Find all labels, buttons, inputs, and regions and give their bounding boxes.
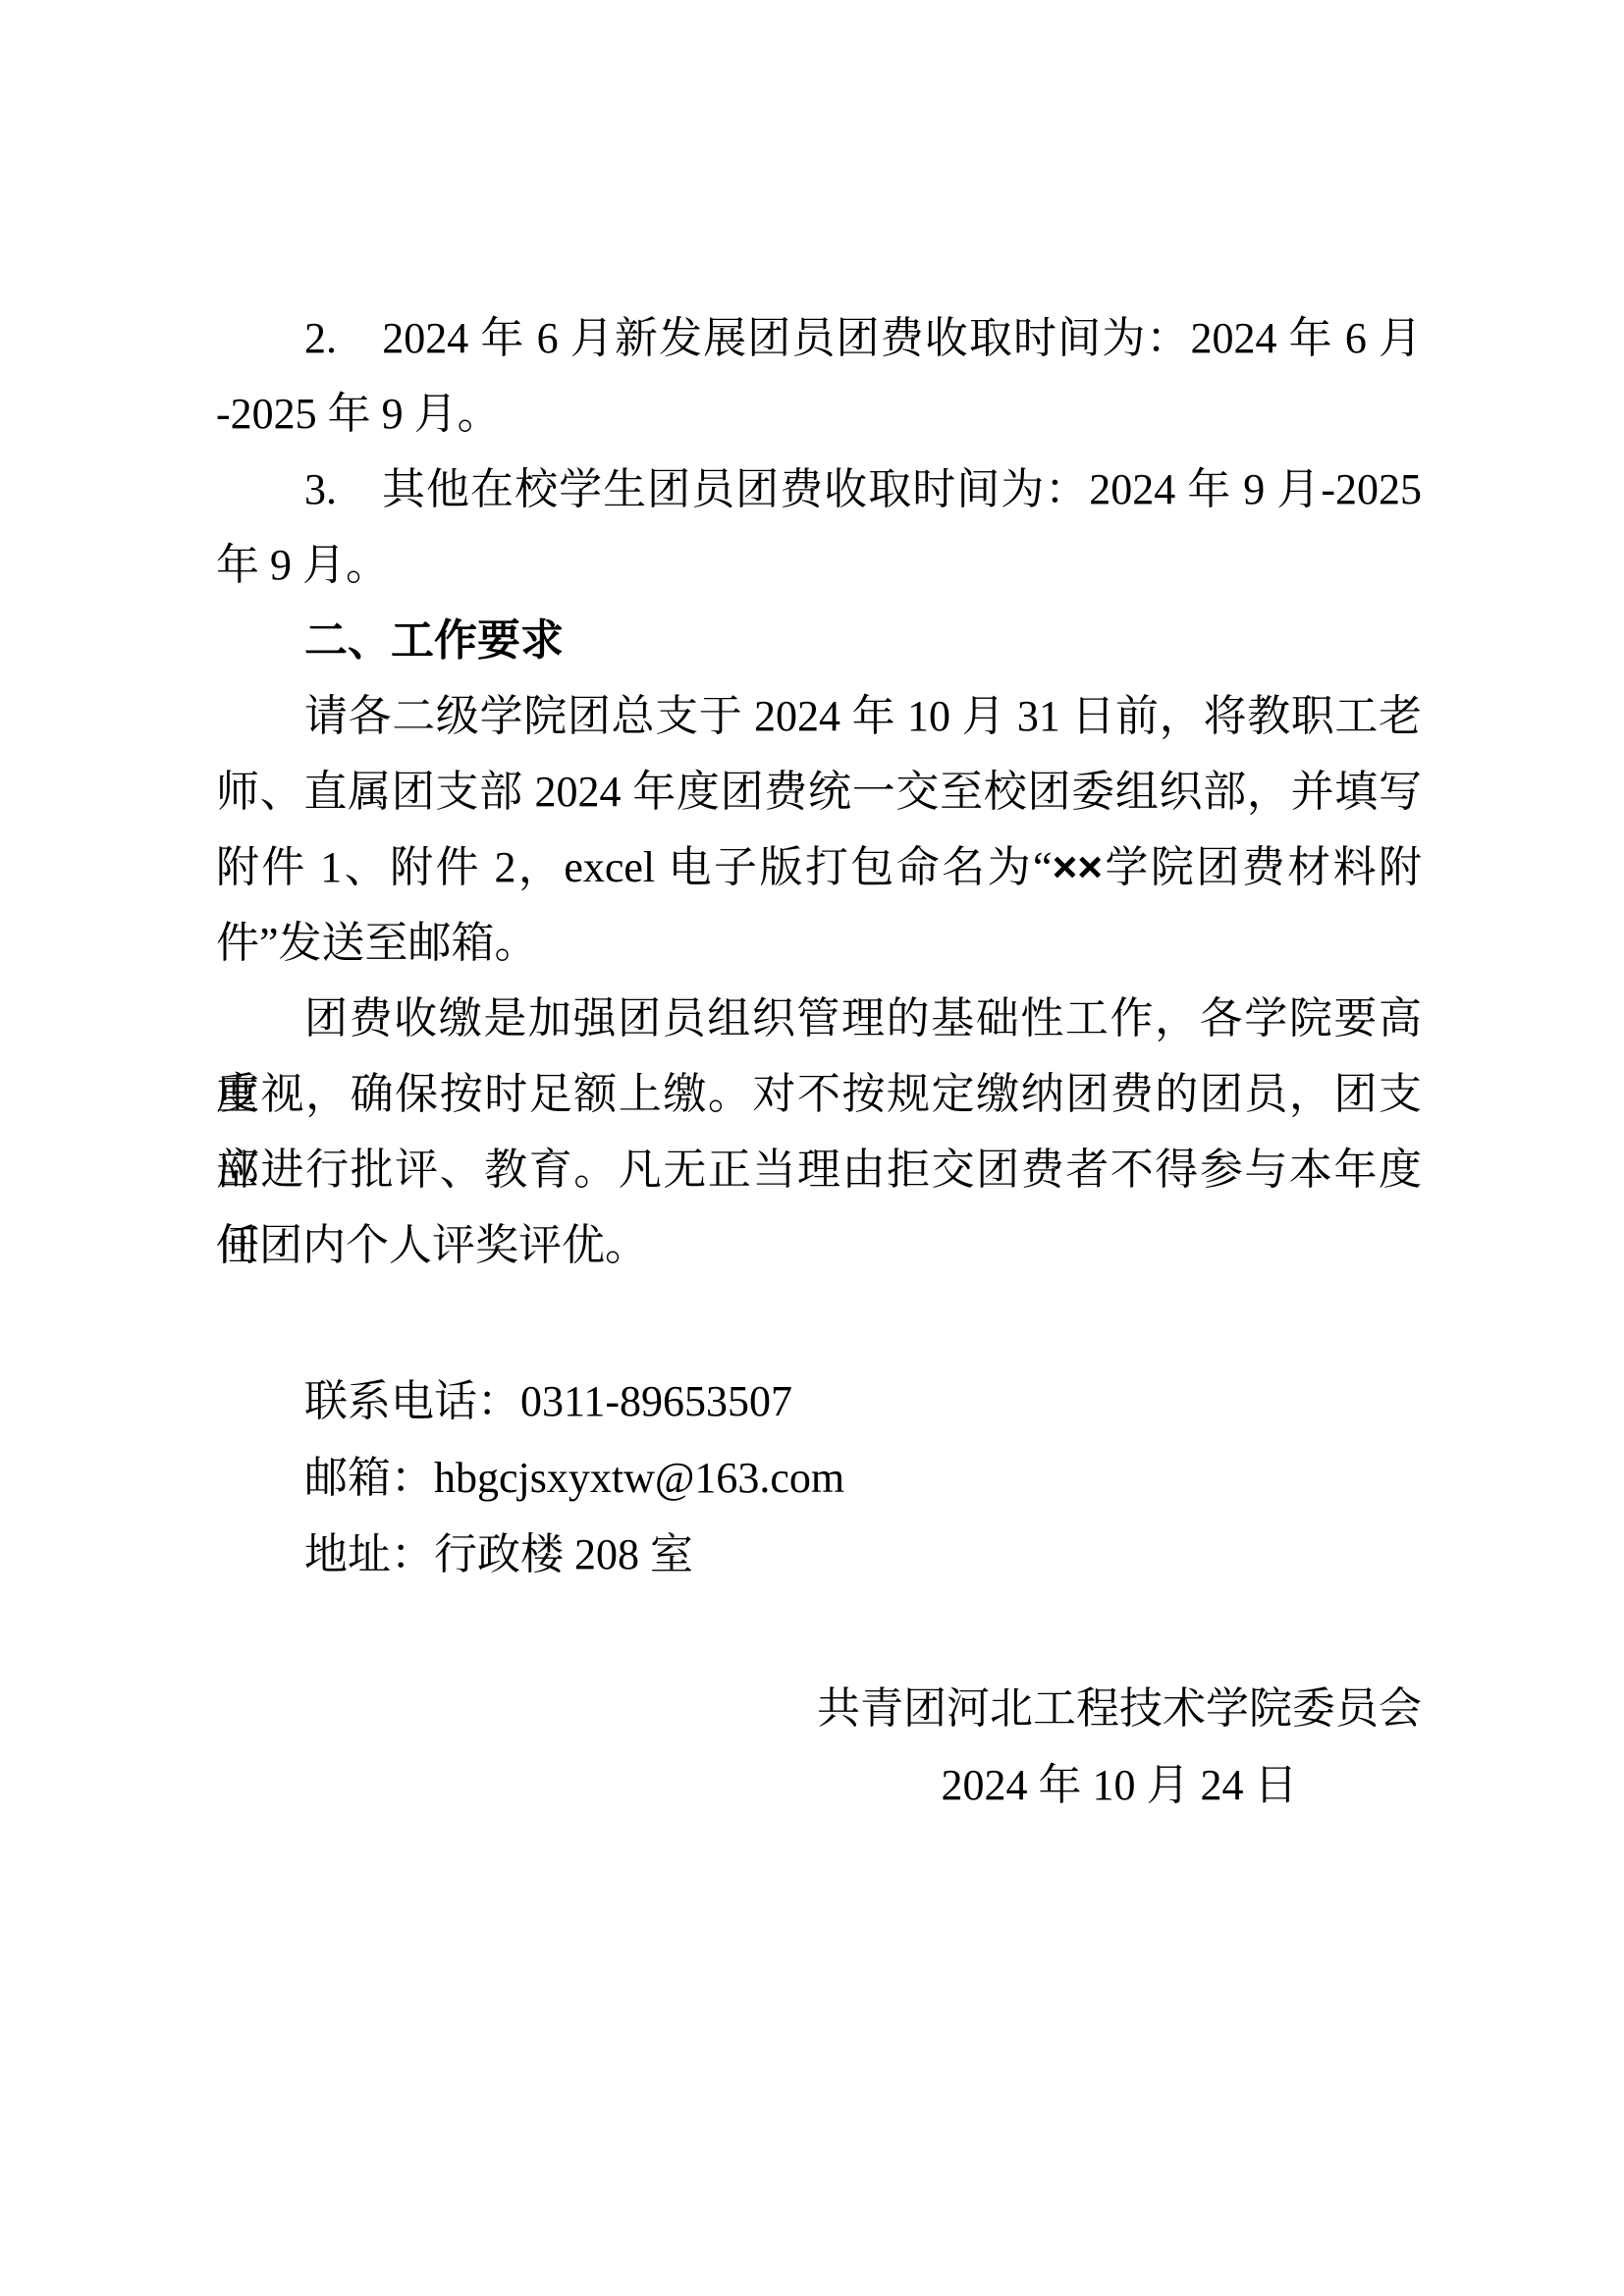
- placeholder-xx: ××: [1053, 843, 1103, 891]
- contact-info: 联系电话：0311-89653507 邮箱：hbgcjsxyxtw@163.co…: [216, 1363, 1422, 1593]
- body-paragraph-requirements-line-1: 请各二级学院团总支于 2024 年 10 月 31 日前，将教职工老: [216, 678, 1422, 754]
- body-paragraph-importance-line-1: 团费收缴是加强团员组织管理的基础性工作，各学院要高度: [216, 981, 1422, 1056]
- signature-date: 2024 年 10 月 24 日: [817, 1747, 1422, 1824]
- signature-block: 共青团河北工程技术学院委员会 2024 年 10 月 24 日: [817, 1671, 1422, 1824]
- body-line-item-3: 3. 其他在校学生团员团费收取时间为：2024 年 9 月-2025: [216, 452, 1422, 527]
- body-paragraph-importance-line-2: 重视，确保按时足额上缴。对不按规定缴纳团费的团员，团支部: [216, 1056, 1422, 1132]
- body-paragraph-importance-line-4: 何团内个人评奖评优。: [216, 1207, 1422, 1283]
- body-paragraph-requirements-line-4: 件”发送至邮箱。: [216, 905, 1422, 981]
- body-paragraph-requirements-line-2: 师、直属团支部 2024 年度团费统一交至校团委组织部，并填写: [216, 754, 1422, 829]
- contact-email-line: 邮箱：hbgcjsxyxtw@163.com: [216, 1440, 1422, 1517]
- document-page: 2. 2024 年 6 月新发展团员团费收取时间为：2024 年 6 月 -20…: [0, 0, 1624, 2296]
- contact-phone-line: 联系电话：0311-89653507: [216, 1363, 1422, 1440]
- body-paragraph-requirements-line-3: 附件 1、附件 2，excel 电子版打包命名为“××学院团费材料附: [216, 829, 1422, 905]
- contact-address-line: 地址：行政楼 208 室: [216, 1517, 1422, 1593]
- line-segment-after: 学院团费材料附: [1103, 843, 1422, 891]
- document-body: 2. 2024 年 6 月新发展团员团费收取时间为：2024 年 6 月 -20…: [216, 300, 1422, 1283]
- body-line-item-3-cont: 年 9 月。: [216, 527, 1422, 603]
- body-line-item-2: 2. 2024 年 6 月新发展团员团费收取时间为：2024 年 6 月: [216, 300, 1422, 376]
- signature-organization: 共青团河北工程技术学院委员会: [817, 1671, 1422, 1747]
- line-segment-before: 附件 1、附件 2，excel 电子版打包命名为“: [216, 843, 1053, 891]
- body-line-item-2-cont: -2025 年 9 月。: [216, 376, 1422, 452]
- section-heading: 二、工作要求: [216, 603, 1422, 678]
- body-paragraph-importance-line-3: 应进行批评、教育。凡无正当理由拒交团费者不得参与本年度任: [216, 1132, 1422, 1207]
